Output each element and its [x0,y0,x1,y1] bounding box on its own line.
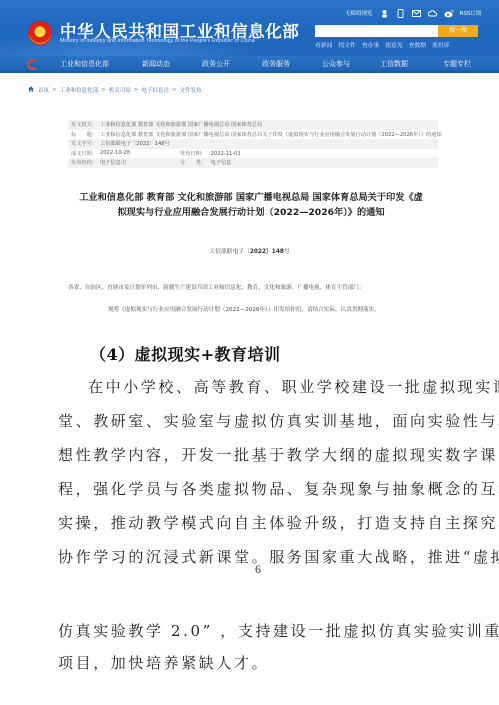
accessibility-link[interactable]: 无障碍浏览 [345,9,373,17]
breadcrumb-separator: > [101,87,106,93]
nav-item-services[interactable]: 政务服务 [262,59,290,69]
meta-published: 发布日期： 2022-11-01 [180,150,241,157]
document-meta-table: 发文机关： 工业和信息化部 教育部 文化和旅游部 国家广播电视总局 国家体育总局… [68,120,438,168]
doc-number-suffix: 号 [284,249,290,255]
notice-title-line-2: 拟现实与行业应用融合发展行动计划（2022—2026年）》的通知 [68,205,434,220]
meta-label: 发布日期： [180,151,206,157]
top-tools: 无障碍浏览 RSS订阅 [345,7,481,19]
nav-item-open-gov[interactable]: 政务公开 [202,59,230,69]
meta-row-issuer: 发文机关： 工业和信息化部 教育部 文化和旅游部 国家广播电视总局 国家体育总局 [68,120,438,130]
meta-label: 分 类： [180,160,206,166]
breadcrumb: 首页 > 工业和信息化部 > 机关司局 > 电子信息司 > 文件发布 [28,86,202,94]
nav-item-data[interactable]: 工信数据 [380,59,408,69]
notice-addressee: 各省、自治区、直辖市及计划单列市、新疆生产建设兵团工业和信息化、教育、文化和旅游… [68,283,364,291]
quick-link-data[interactable]: 查数据 [409,40,426,49]
nav-item-topics[interactable]: 专题专栏 [443,59,471,69]
weibo-icon[interactable] [444,9,453,18]
meta-value: 工业和信息化部 教育部 文化和旅游部 国家广播电视总局 国家体育总局 [100,121,262,128]
breadcrumb-separator: > [52,87,57,93]
cloud-icon[interactable] [428,9,437,18]
meta-row-org: 发布机构： 电子信息司 分 类： 电子信息 [68,158,438,168]
breadcrumb-separator: > [172,87,177,93]
body-line-4: 程，强化学员与各类虚拟物品、复杂现象与抽象概念的互动 [58,482,478,497]
home-icon[interactable] [28,86,34,94]
main-nav: 工业和信息化部 新闻动态 政务公开 政务服务 公众参与 工信数据 专题专栏 [0,56,499,73]
meta-label: 成文日期： [71,150,97,157]
meta-value: 电子信息 [211,160,232,166]
doc-number-prefix: 工信部联电子〔 [209,249,250,255]
national-emblem-icon[interactable] [28,21,52,45]
meta-row-doc-number: 发文字号： 工信部联电子〔2022〕148号 [68,139,438,149]
nav-item-participation[interactable]: 公众参与 [322,59,350,69]
meta-label: 发文机关： [71,121,97,128]
meta-value: 电子信息司 [100,159,126,166]
user-icon[interactable] [380,9,389,18]
quick-link-complaint[interactable]: 要投诉 [432,40,449,49]
notice-intro: 现将《虚拟现实与行业应用融合发展行动计划（2022—2026年）》印发给你们，请… [108,305,380,313]
quick-link-files[interactable]: 找文件 [338,40,355,49]
rss-link[interactable]: RSS订阅 [460,9,482,17]
breadcrumb-file-release[interactable]: 文件发布 [180,86,202,94]
meta-value: 工信部联电子〔2022〕148号 [100,140,170,147]
body-continued-line-1: 仿真实验教学 2.0” ，支持建设一批虚拟仿真实验实训重点 [58,624,478,639]
breadcrumb-separator: > [134,87,139,93]
site-header: 中华人民共和国工业和信息化部 Ministry of Industry and … [0,0,499,56]
mail-icon[interactable] [412,9,421,18]
notice-title-line-1: 工业和信息化部 教育部 文化和旅游部 国家广播电视总局 国家体育总局关于印发《虚 [68,190,434,205]
nav-item-miit[interactable]: 工业和信息化部 [60,59,109,69]
body-continued-line-2: 项目，加快培养紧缺人才。 [58,656,478,671]
quick-link-services[interactable]: 查办事 [362,40,379,49]
mobile-icon[interactable] [396,9,405,18]
quick-links: 看新闻 找文件 查办事 提意见 查数据 要投诉 [315,40,449,49]
meta-label: 标 题： [71,131,97,138]
quick-link-feedback[interactable]: 提意见 [385,40,402,49]
notice-title: 工业和信息化部 教育部 文化和旅游部 国家广播电视总局 国家体育总局关于印发《虚… [68,190,434,220]
breadcrumb-departments[interactable]: 机关司局 [109,86,131,94]
doc-number-year: 2022 [250,249,266,255]
body-line-5: 实操，推动教学模式向自主体验升级，打造支持自主探究、 [58,516,478,531]
meta-value: 工业和信息化部 教育部 文化和旅游部 国家广播电视总局 国家体育总局关于印发《虚… [100,131,442,138]
body-line-3: 想性教学内容，开发一批基于教学大纲的虚拟现实数字课 [58,448,478,463]
miit-logo-icon[interactable] [27,59,38,70]
body-line-1: 在中小学校、高等教育、职业学校建设一批虚拟现实课 [88,380,499,395]
breadcrumb-electronics-dept[interactable]: 电子信息司 [141,86,169,94]
meta-value: 2022-11-01 [211,151,241,157]
meta-value: 2022-10-28 [100,150,130,156]
search-button[interactable]: 搜一搜 [438,25,478,37]
meta-category: 分 类： 电子信息 [180,159,231,166]
document-number: 工信部联电子〔2022〕148号 [0,246,499,255]
doc-number-serial: 〕148 [266,249,284,255]
search-input[interactable] [315,25,446,37]
meta-label: 发布机构： [71,159,97,166]
quick-link-news[interactable]: 看新闻 [315,40,332,49]
meta-row-dates: 成文日期： 2022-10-28 发布日期： 2022-11-01 [68,149,438,159]
meta-row-title: 标 题： 工业和信息化部 教育部 文化和旅游部 国家广播电视总局 国家体育总局关… [68,130,438,140]
nav-item-news[interactable]: 新闻动态 [142,59,170,69]
body-line-6: 协作学习的沉浸式新课堂。服务国家重大战略，推进“虚拟 [58,550,478,565]
meta-label: 发文字号： [71,140,97,147]
page-number: 6 [255,562,261,577]
breadcrumb-miit[interactable]: 工业和信息化部 [60,86,99,94]
breadcrumb-home[interactable]: 首页 [38,86,49,94]
section-heading: （4）虚拟现实+教育培训 [90,342,281,365]
site-subtitle: Ministry of Industry and Information Tec… [60,38,255,44]
body-line-2: 堂、教研室、实验室与虚拟仿真实训基地，面向实验性与联 [58,414,478,429]
